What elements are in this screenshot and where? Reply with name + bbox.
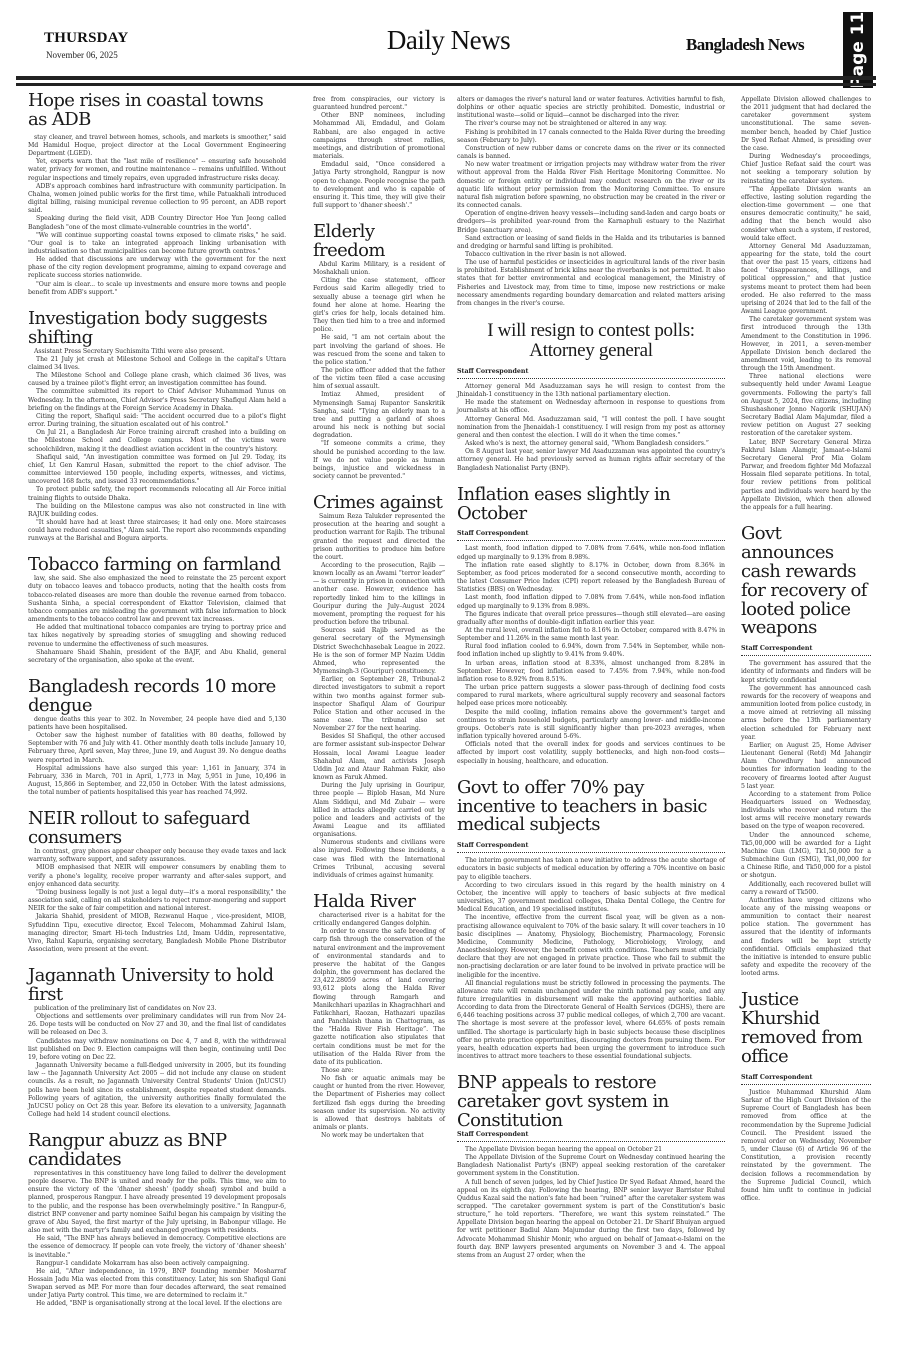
paragraph: Citing the case statement, officer Ferdo… bbox=[313, 277, 445, 334]
paragraph: Speaking during the field visit, ADB Cou… bbox=[28, 215, 286, 231]
paragraph: The river's course may not be straighten… bbox=[457, 120, 725, 128]
paragraph: "Our aim is clear... to scale up investm… bbox=[28, 281, 286, 297]
section-brand: Bangladesh News bbox=[686, 35, 804, 55]
paragraph: The building on the Milestone campus was… bbox=[28, 503, 286, 519]
paragraph: "It should have had at least three stair… bbox=[28, 519, 286, 543]
paragraph: The Appellate Division of the Supreme Co… bbox=[457, 1154, 725, 1178]
paragraph: Attorney general Md Asaduzzaman says he … bbox=[457, 383, 725, 399]
paragraph: Saimum Reza Talukder represented the pro… bbox=[313, 513, 445, 562]
byline: Staff Correspondent bbox=[741, 645, 871, 656]
paragraph: A full bench of seven judges, led by Chi… bbox=[457, 1179, 725, 1261]
paragraph: "The Appellate Division wants an effecti… bbox=[741, 186, 871, 243]
article-crimes: Crimes against Saimum Reza Talukder repr… bbox=[313, 494, 445, 880]
paragraph: Other BNP nominees, including Mohammad A… bbox=[313, 112, 445, 161]
article-halda: Halda River characterised river is a hab… bbox=[313, 893, 445, 1140]
paragraph: The incentive, effective from the curren… bbox=[457, 914, 725, 979]
paragraph: law, she said. She also emphasized the n… bbox=[28, 575, 286, 624]
paragraph: Numerous students and civilians were als… bbox=[313, 839, 445, 880]
paragraph: In urban areas, inflation stood at 8.33%… bbox=[457, 660, 725, 684]
paragraph: Candidates may withdraw nominations on D… bbox=[28, 1038, 286, 1062]
headline: NEIR rollout to safeguard consumers bbox=[28, 810, 286, 848]
headline: Govt to offer 70% pay incentive to teach… bbox=[457, 779, 725, 836]
byline: Staff Correspondent bbox=[457, 1131, 725, 1142]
paragraph: The use of harmful pesticides or insecti… bbox=[457, 259, 725, 308]
paragraph: The urban price pattern suggests a slowe… bbox=[457, 684, 725, 708]
paragraph: Justice Muhammad Khurshid Alam Sarkar of… bbox=[741, 1089, 871, 1203]
paragraph: Assistant Press Secretary Suchismita Tit… bbox=[28, 348, 286, 356]
paragraph: At the rural level, overall inflation fe… bbox=[457, 627, 725, 643]
paragraph: To protect public safety, the report rec… bbox=[28, 486, 286, 502]
paragraph: Operation of engine-driven heavy vessels… bbox=[457, 210, 725, 234]
paragraph: Fishing is prohibited in 17 canals conne… bbox=[457, 129, 725, 145]
paragraph: He said, "I am not certain about the par… bbox=[313, 334, 445, 367]
paragraph: The figures indicate that overall price … bbox=[457, 611, 725, 627]
paragraph: Three national elections were subsequent… bbox=[741, 373, 871, 438]
article-caretaker-continued: Appellate Division allowed challenges to… bbox=[741, 92, 871, 512]
paragraph: characterised river is a habitat for the… bbox=[313, 912, 445, 928]
paragraph: Authorities have urged citizens who loca… bbox=[741, 897, 871, 979]
paragraph: MIOB emphasised that NEIR will empower c… bbox=[28, 864, 286, 888]
article-adb: Hope rises in coastal towns as ADB stay … bbox=[28, 92, 286, 297]
article-attorney-general: I will resign to contest polls: Attorney… bbox=[457, 321, 725, 473]
paragraph: Jagannath University became a full-fledg… bbox=[28, 1062, 286, 1119]
paragraph: All financial regulations must be strict… bbox=[457, 980, 725, 1062]
headline: Bangladesh records 10 more dengue bbox=[28, 678, 286, 716]
article-caretaker: BNP appeals to restore caretaker govt sy… bbox=[457, 1074, 725, 1260]
paragraph: He added that multinational tobacco comp… bbox=[28, 624, 286, 648]
paragraph: The interim government has taken a new i… bbox=[457, 857, 725, 881]
headline: Elderly freedom bbox=[313, 223, 445, 261]
paragraph: According to two circulars issued in thi… bbox=[457, 882, 725, 915]
paragraph: Objections and settlements over prelimin… bbox=[28, 1013, 286, 1037]
headline: Crimes against bbox=[313, 494, 445, 513]
column-1: Hope rises in coastal towns as ADB stay … bbox=[28, 92, 286, 1322]
paragraph: The 21 July jet crash at Milestone Schoo… bbox=[28, 356, 286, 372]
article-neir: NEIR rollout to safeguard consumers In c… bbox=[28, 810, 286, 954]
article-inflation: Inflation eases slightly in October Staf… bbox=[457, 486, 725, 766]
paragraph: Additionally, each recovered bullet will… bbox=[741, 881, 871, 897]
article-dengue: Bangladesh records 10 more dengue dengue… bbox=[28, 678, 286, 797]
paragraph: The committee submitted its report to Ch… bbox=[28, 388, 286, 412]
paragraph: The Appellate Division began hearing the… bbox=[457, 1146, 725, 1154]
paragraph: Shahanuare Shaid Shahin, president of th… bbox=[28, 649, 286, 665]
paragraph: Despite the mild cooling, inflation rema… bbox=[457, 709, 725, 742]
article-justice-khurshid: Justice Khurshid removed from office Sta… bbox=[741, 991, 871, 1203]
paragraph: In order to ensure the safe breeding of … bbox=[313, 928, 445, 1067]
paragraph: The police officer added that the father… bbox=[313, 367, 445, 391]
headline: BNP appeals to restore caretaker govt sy… bbox=[457, 1074, 725, 1131]
paragraph: The Milestone School and College plane c… bbox=[28, 372, 286, 388]
paragraph: "If someone commits a crime, they should… bbox=[313, 440, 445, 481]
paragraph: Hospital admissions have also surged thi… bbox=[28, 765, 286, 798]
headline: Halda River bbox=[313, 893, 445, 912]
headline: Jagannath University to hold first bbox=[28, 967, 286, 1005]
paragraph: During Wednesday's proceedings, Chief Ju… bbox=[741, 153, 871, 186]
paragraph: Yet, experts warn that the "last mile of… bbox=[28, 158, 286, 182]
masthead: THURSDAY November 06, 2025 Daily News Ba… bbox=[0, 0, 897, 90]
paragraph: October saw the highest number of fatali… bbox=[28, 732, 286, 765]
paragraph: Sources said Rajib served as the general… bbox=[313, 627, 445, 676]
paragraph: No new water treatment or irrigation pro… bbox=[457, 161, 725, 210]
headline: Govt announces cash rewards for recovery… bbox=[741, 525, 871, 638]
paragraph: Rangpur-1 candidate Mokarram has also be… bbox=[28, 1260, 286, 1268]
headline: Hope rises in coastal towns as ADB bbox=[28, 92, 286, 130]
paragraph: Abdul Karim Military, is a resident of M… bbox=[313, 261, 445, 277]
paragraph: He said, "The BNP has always believed in… bbox=[28, 1235, 286, 1259]
article-rangpur: Rangpur abuzz as BNP candidates represen… bbox=[28, 1132, 286, 1308]
paragraph: alters or damages the river's natural la… bbox=[457, 96, 725, 120]
headline: Justice Khurshid removed from office bbox=[741, 991, 871, 1067]
paragraph: The government has assured that the iden… bbox=[741, 660, 871, 684]
paragraph: Earlier, on September 28, Tribunal-2 dir… bbox=[313, 676, 445, 733]
byline: Staff Correspondent bbox=[457, 368, 725, 379]
paragraph: Earlier, on August 25, Home Adviser Lieu… bbox=[741, 742, 871, 791]
paragraph: Attorney General Md. Asaduzzaman said, “… bbox=[457, 416, 725, 440]
headline: Rangpur abuzz as BNP candidates bbox=[28, 1132, 286, 1170]
paragraph: Attorney General Md Asaduzzaman, appeari… bbox=[741, 243, 871, 316]
paragraph: Besides SI Shafiqul, the other accused a… bbox=[313, 733, 445, 782]
article-medical-incentive: Govt to offer 70% pay incentive to teach… bbox=[457, 779, 725, 1062]
paragraph: Tobacco cultivation in the river basin i… bbox=[457, 251, 725, 259]
paragraph: Appellate Division allowed challenges to… bbox=[741, 96, 871, 153]
paragraph: He aid, "After independence, in 1979, BN… bbox=[28, 1268, 286, 1301]
paragraph: Sand extraction or leasing of sand field… bbox=[457, 235, 725, 251]
paragraph: According to a statement from Police Hea… bbox=[741, 791, 871, 832]
paragraph: No fish or aquatic animals may be caught… bbox=[313, 1075, 445, 1132]
paragraph: Construction of new rubber dams or concr… bbox=[457, 145, 725, 161]
column-3: alters or damages the river's natural la… bbox=[457, 92, 725, 1273]
column-2: free from conspiracies, our victory is g… bbox=[313, 92, 445, 1153]
paragraph: Later, BNP Secretary General Mirza Fakhr… bbox=[741, 439, 871, 512]
paragraph: free from conspiracies, our victory is g… bbox=[313, 96, 445, 112]
headline: Tobacco farming on farmland bbox=[28, 556, 286, 575]
paragraph: Jakaria Shahid, president of MIOB, Rezwa… bbox=[28, 913, 286, 954]
article-halda-continued: alters or damages the river's natural la… bbox=[457, 92, 725, 308]
paragraph: Officials noted that the overall index f… bbox=[457, 741, 725, 765]
paragraph: Emdadul said, "Once considered a Jatiya … bbox=[313, 161, 445, 210]
paragraph: Citing the report, Shafiqul said: "The a… bbox=[28, 413, 286, 429]
byline: Staff Correspondent bbox=[457, 530, 725, 541]
masthead-rule-top bbox=[16, 76, 876, 80]
headline: I will resign to contest polls: Attorney… bbox=[457, 321, 725, 361]
paragraph: No work may be undertaken that bbox=[313, 1132, 445, 1140]
paragraph: "Doing business legally is not just a le… bbox=[28, 889, 286, 913]
byline: Staff Correspondent bbox=[457, 842, 725, 853]
paragraph: The caretaker government system was firs… bbox=[741, 316, 871, 373]
article-elderly: Elderly freedom Abdul Karim Military, is… bbox=[313, 223, 445, 481]
column-4: Appellate Division allowed challenges to… bbox=[741, 92, 871, 1216]
paragraph: The inflation rate eased slightly to 8.1… bbox=[457, 562, 725, 595]
paragraph: The government has announced cash reward… bbox=[741, 685, 871, 742]
masthead-rule-bottom bbox=[16, 83, 876, 86]
paragraph: stay cleaner, and travel between homes, … bbox=[28, 134, 286, 158]
paragraph: According to the prosecution, Rajib — kn… bbox=[313, 562, 445, 627]
paragraph: He made the statement on Wednesday after… bbox=[457, 399, 725, 415]
paragraph: He added that discussions are underway w… bbox=[28, 256, 286, 280]
paragraph: In contrast, gray phones appear cheaper … bbox=[28, 848, 286, 864]
paragraph: Imtiaz Ahmed, president of Mymensingh Sa… bbox=[313, 391, 445, 440]
paragraph: ADB's approach combines hard infrastruct… bbox=[28, 183, 286, 216]
article-tobacco: Tobacco farming on farmland law, she sai… bbox=[28, 556, 286, 665]
paragraph: Last month, food inflation dipped to 7.0… bbox=[457, 545, 725, 561]
paragraph: On Jul 21, a Bangladesh Air Force traini… bbox=[28, 429, 286, 453]
paragraph: representatives in this constituency hav… bbox=[28, 1170, 286, 1235]
paragraph: "We will continue supporting coastal tow… bbox=[28, 232, 286, 256]
paragraph: Those are: bbox=[313, 1067, 445, 1075]
article-investigation: Investigation body suggests shifting Ass… bbox=[28, 310, 286, 544]
paragraph: Asked who's is next, the attorney genera… bbox=[457, 440, 725, 448]
paragraph: Under the announced scheme, Tk5,00,000 w… bbox=[741, 832, 871, 881]
article-rangpur-continued: free from conspiracies, our victory is g… bbox=[313, 92, 445, 210]
paragraph: Shafiqul said, "An investigation committ… bbox=[28, 454, 286, 487]
paragraph: publication of the preliminary list of c… bbox=[28, 1005, 286, 1013]
paragraph: Last month, food inflation dipped to 7.0… bbox=[457, 594, 725, 610]
paragraph: During the July uprising in Gouripur, th… bbox=[313, 782, 445, 839]
paragraph: dengue deaths this year to 302. In Novem… bbox=[28, 716, 286, 732]
paragraph: Rural food inflation cooled to 6.94%, do… bbox=[457, 643, 725, 659]
article-weapons-rewards: Govt announces cash rewards for recovery… bbox=[741, 525, 871, 978]
headline: Investigation body suggests shifting bbox=[28, 310, 286, 348]
article-jagannath: Jagannath University to hold first publi… bbox=[28, 967, 286, 1119]
headline: Inflation eases slightly in October bbox=[457, 486, 725, 524]
paragraph: On 8 August last year, senior lawyer Md … bbox=[457, 448, 725, 472]
paragraph: He added, "BNP is organisationally stron… bbox=[28, 1300, 286, 1308]
byline: Staff Correspondent bbox=[741, 1074, 871, 1085]
